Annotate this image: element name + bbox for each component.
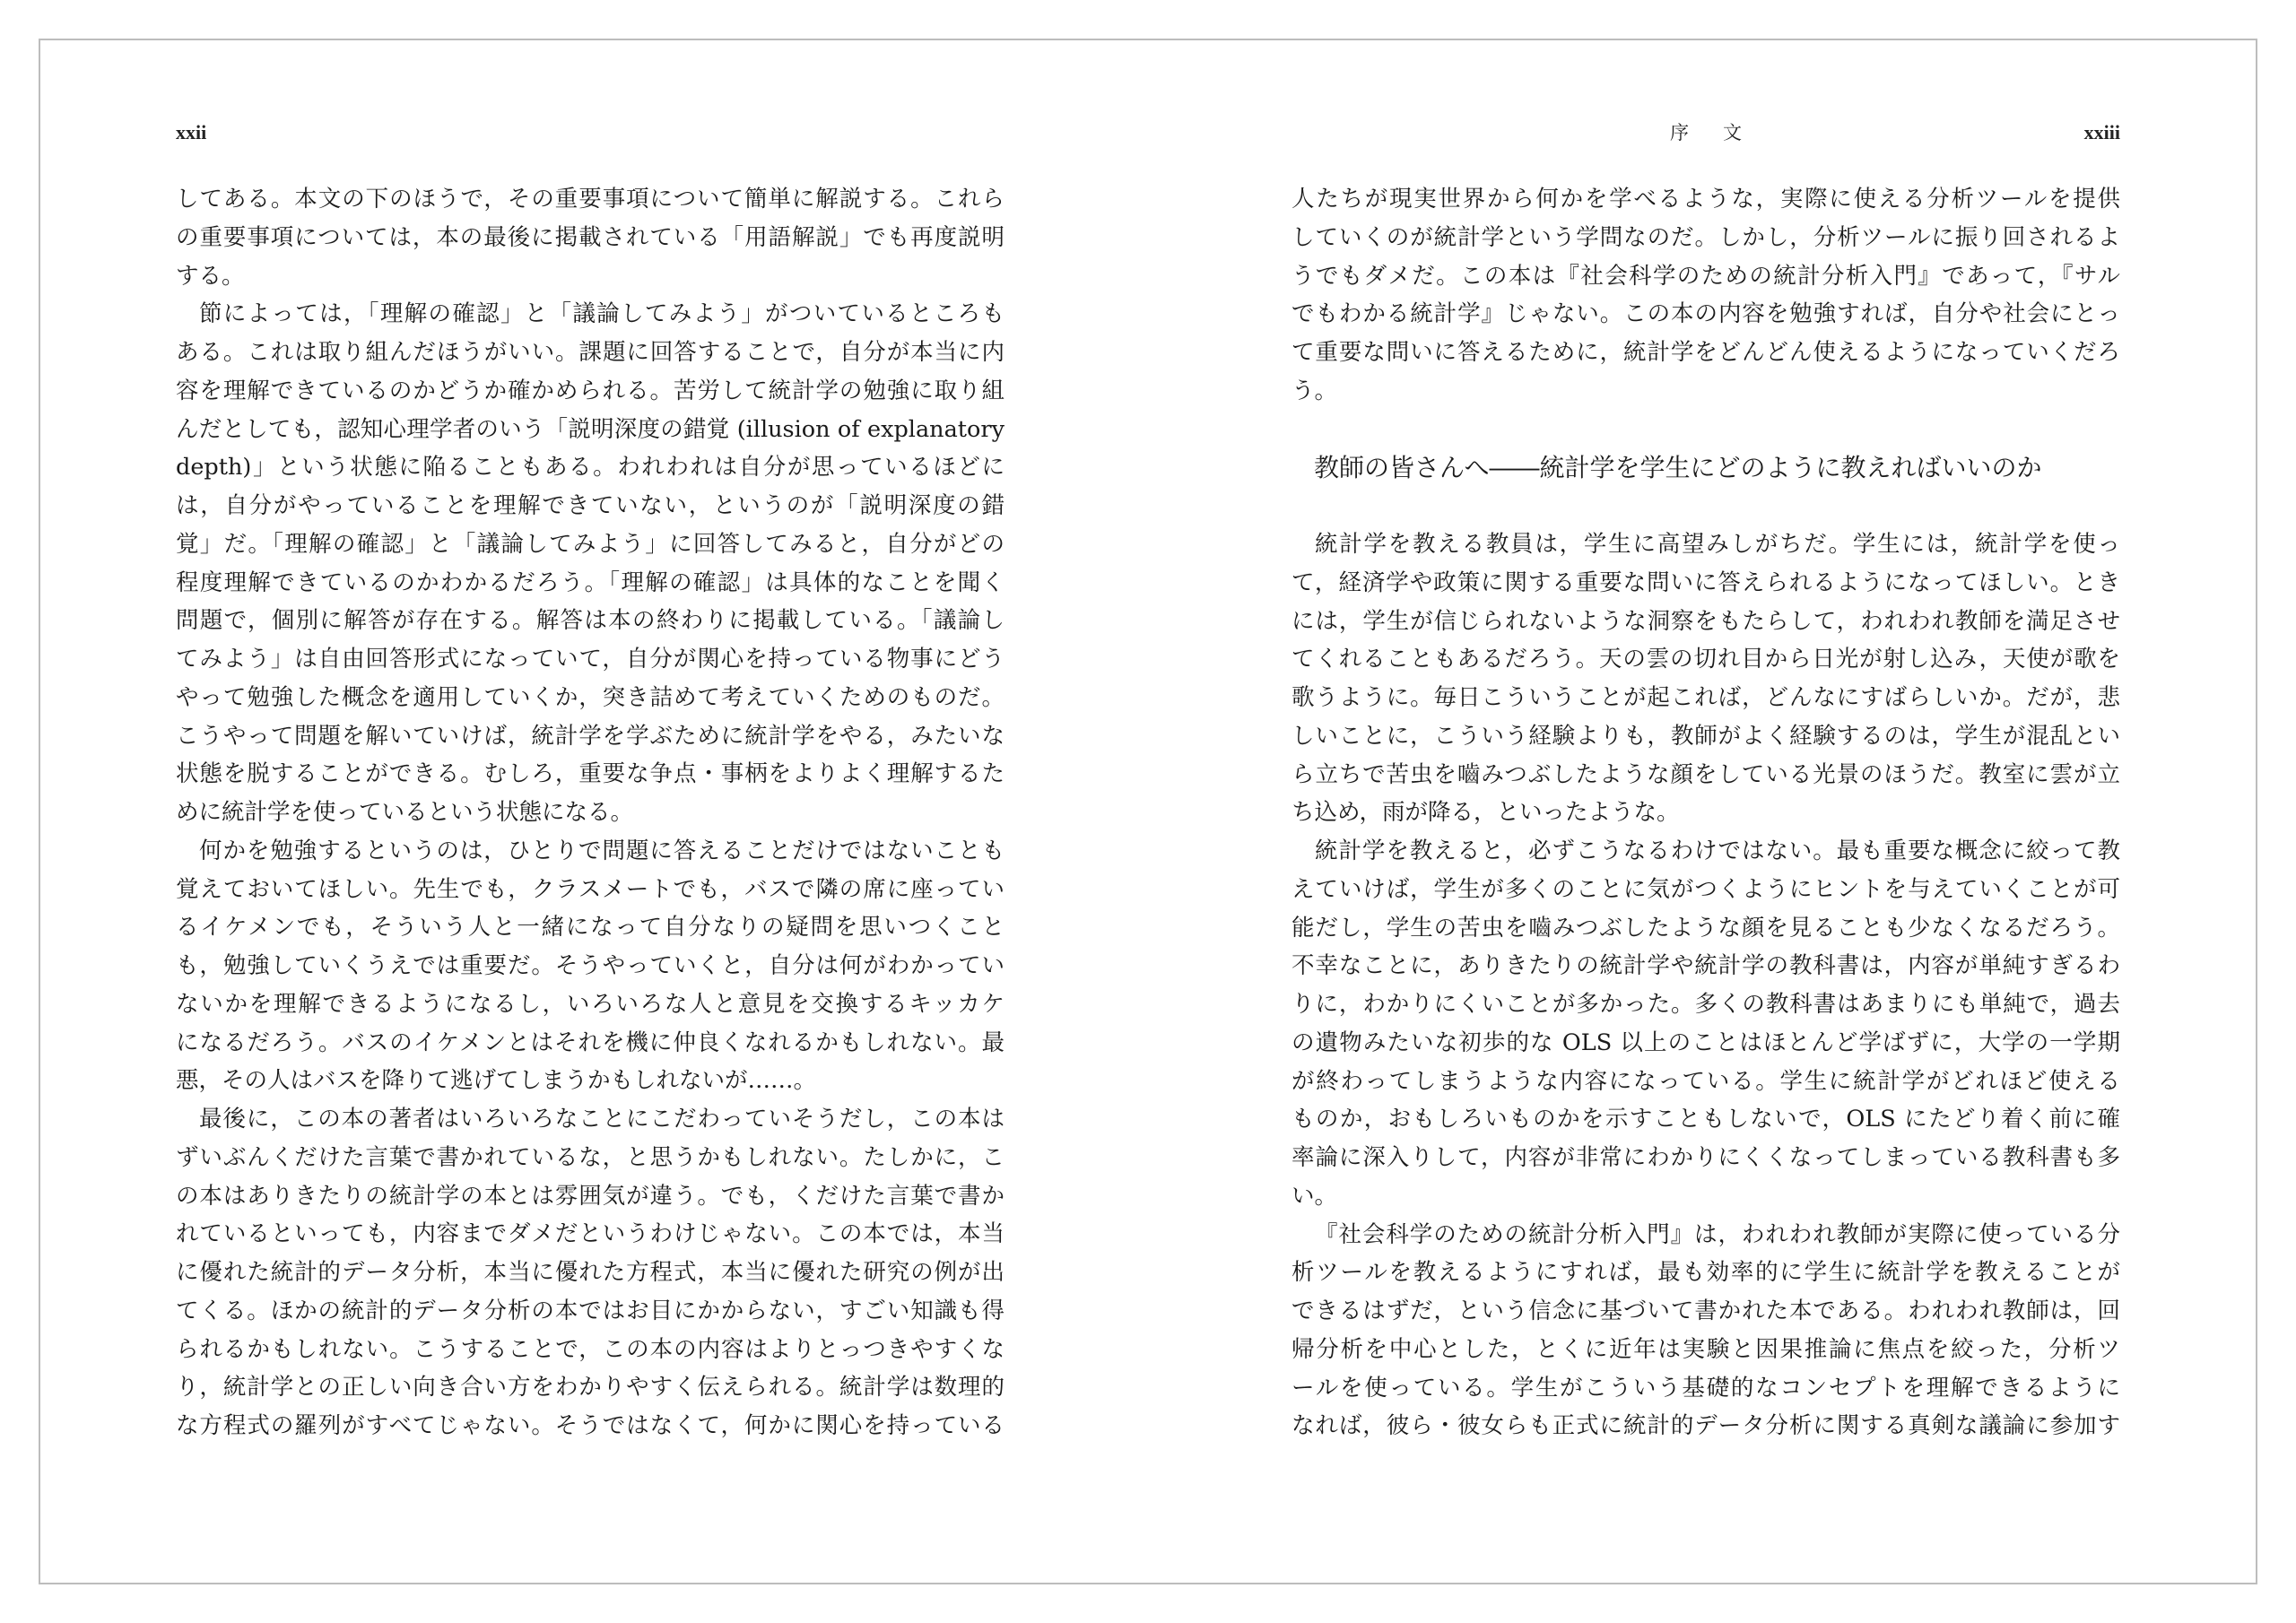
text-line: 覚」だ。「理解の確認」と「議論してみよう」に回答してみると，自分がどの (176, 525, 1004, 564)
text-line: ずいぶんくだけた言葉で書かれているな，と思うかもしれない。たしかに，こ (176, 1139, 1004, 1177)
text-line: の重要事項については，本の最後に掲載されている「用語解説」でも再度説明 (176, 219, 1004, 257)
text-line: 歌うように。毎日こういうことが起これば，どんなにすばらしいか。だが，悲 (1291, 679, 2120, 717)
text-line: てくる。ほかの統計的データ分析の本ではお目にかからない，すごい知識も得 (176, 1292, 1004, 1331)
text-line: になるだろう。バスのイケメンとはそれを機に仲良くなれるかもしれない。最 (176, 1024, 1004, 1063)
right-page-intro: 人たちが現実世界から何かを学べるような，実際に使える分析ツールを提供していくのが… (1291, 180, 2120, 411)
paragraph: 統計学を教える教員は，学生に高望みしがちだ。学生には，統計学を使って，経済学や政… (1291, 525, 2120, 832)
paragraph: 『社会科学のための統計分析入門』は，われわれ教師が実際に使っている分析ツールを教… (1291, 1216, 2120, 1446)
text-line: て，経済学や政策に関する重要な問いに答えられるようになってほしい。とき (1291, 564, 2120, 603)
text-line: ある。これは取り組んだほうがいい。課題に回答することで，自分が本当に内 (176, 334, 1004, 372)
page-number-right: xxiii (2084, 118, 2120, 147)
text-line: 統計学を教えると，必ずこうなるわけではない。最も重要な概念に絞って教 (1291, 832, 2120, 871)
text-line: 能だし，学生の苦虫を嚙みつぶしたような顔を見ることも少なくなるだろう。 (1291, 909, 2120, 948)
text-line: 節によっては，「理解の確認」と「議論してみよう」がついているところも (176, 295, 1004, 334)
text-line: てくれることもあるだろう。天の雲の切れ目から日光が射し込み，天使が歌を (1291, 640, 2120, 679)
text-line: 帰分析を中心とした，とくに近年は実験と因果推論に焦点を絞った，分析ツ (1291, 1331, 2120, 1369)
text-line: 問題で，個別に解答が存在する。解答は本の終わりに掲載している。「議論し (176, 602, 1004, 640)
text-line: ち込め，雨が降る，といったような。 (1291, 794, 2120, 832)
text-line: りに，わかりにくいことが多かった。多くの教科書はあまりにも単純で，過去 (1291, 985, 2120, 1024)
text-line: 何かを勉強するというのは，ひとりで問題に答えることだけではないことも (176, 832, 1004, 871)
right-running-head: 序文 xxiii (1291, 118, 2120, 147)
text-line: 率論に深入りして，内容が非常にわかりにくくなってしまっている教科書も多 (1291, 1139, 2120, 1177)
text-line: 程度理解できているのかわかるだろう。「理解の確認」は具体的なことを聞く (176, 564, 1004, 603)
text-line: えていけば，学生が多くのことに気がつくようにヒントを与えていくことが可 (1291, 871, 2120, 909)
text-line: でもわかる統計学』じゃない。この本の内容を勉強すれば，自分や社会にとっ (1291, 295, 2120, 334)
text-line: やって勉強した概念を適用していくか，突き詰めて考えていくためのものだ。 (176, 679, 1004, 717)
left-running-head: xxii (176, 118, 1004, 147)
text-line: こうやって問題を解いていけば，統計学を学ぶために統計学をやる，みたいな (176, 717, 1004, 756)
text-line: する。 (176, 257, 1004, 296)
text-line: しいことに，こういう経験よりも，教師がよく経験するのは，学生が混乱とい (1291, 717, 2120, 756)
text-line: めに統計学を使っているという状態になる。 (176, 794, 1004, 832)
text-line: んだとしても，認知心理学者のいう「説明深度の錯覚 (illusion of ex… (176, 411, 1004, 449)
paragraph: 何かを勉強するというのは，ひとりで問題に答えることだけではないことも覚えておいて… (176, 832, 1004, 1100)
paragraph: 統計学を教えると，必ずこうなるわけではない。最も重要な概念に絞って教えていけば，… (1291, 832, 2120, 1216)
text-line: 不幸なことに，ありきたりの統計学や統計学の教科書は，内容が単純すぎるわ (1291, 947, 2120, 985)
paragraph: してある。本文の下のほうで，その重要事項について簡単に解説する。これらの重要事項… (176, 180, 1004, 295)
text-line: なれば，彼ら・彼女らも正式に統計的データ分析に関する真剣な議論に参加す (1291, 1407, 2120, 1445)
section-heading: 教師の皆さんへ――統計学を学生にどのように教えればいいのか (1314, 448, 2041, 488)
text-line: の遺物みたいな初歩的な OLS 以上のことはほとんど学ばずに，大学の一学期 (1291, 1024, 2120, 1063)
text-line: れているといっても，内容までダメだというわけじゃない。この本では，本当 (176, 1215, 1004, 1254)
text-line: に優れた統計的データ分析，本当に優れた方程式，本当に優れた研究の例が出 (176, 1254, 1004, 1292)
text-line: ールを使っている。学生がこういう基礎的なコンセプトを理解できるように (1291, 1369, 2120, 1408)
text-line: していくのが統計学という学問なのだ。しかし，分析ツールに振り回されるよ (1291, 219, 2120, 257)
text-line: は，自分がやっていることを理解できていない，というのが「説明深度の錯 (176, 487, 1004, 525)
text-line: 人たちが現実世界から何かを学べるような，実際に使える分析ツールを提供 (1291, 180, 2120, 219)
left-page-body: してある。本文の下のほうで，その重要事項について簡単に解説する。これらの重要事項… (176, 180, 1004, 1445)
text-line: 最後に，この本の著者はいろいろなことにこだわっていそうだし，この本は (176, 1100, 1004, 1139)
text-line: してある。本文の下のほうで，その重要事項について簡単に解説する。これら (176, 180, 1004, 219)
text-line: 『社会科学のための統計分析入門』は，われわれ教師が実際に使っている分 (1291, 1216, 2120, 1254)
right-page-body: 統計学を教える教員は，学生に高望みしがちだ。学生には，統計学を使って，経済学や政… (1291, 525, 2120, 1445)
text-line: 状態を脱することができる。むしろ，重要な争点・事柄をよりよく理解するた (176, 755, 1004, 794)
text-line: 析ツールを教えるようにすれば，最も効率的に学生に統計学を教えることが (1291, 1254, 2120, 1292)
text-line: うでもダメだ。この本は『社会科学のための統計分析入門』であって，『サル (1291, 257, 2120, 296)
text-line: 統計学を教える教員は，学生に高望みしがちだ。学生には，統計学を使っ (1291, 525, 2120, 564)
text-line: てみよう」は自由回答形式になっていて，自分が関心を持っている物事にどう (176, 640, 1004, 679)
page-number-left: xxii (176, 118, 206, 147)
text-line: 覚えておいてほしい。先生でも，クラスメートでも，バスで隣の席に座ってい (176, 871, 1004, 909)
text-line: の本はありきたりの統計学の本とは雰囲気が違う。でも，くだけた言葉で書か (176, 1177, 1004, 1216)
text-line: 容を理解できているのかどうか確かめられる。苦労して統計学の勉強に取り組 (176, 372, 1004, 411)
text-line: い。 (1291, 1177, 2120, 1216)
text-line: depth)」という状態に陥ることもある。われわれは自分が思っているほどに (176, 448, 1004, 487)
paragraph: 節によっては，「理解の確認」と「議論してみよう」がついているところもある。これは… (176, 295, 1004, 832)
text-line: 悪，その人はバスを降りて逃げてしまうかもしれないが……。 (176, 1062, 1004, 1100)
text-line: う。 (1291, 372, 2120, 411)
text-line: には，学生が信じられないような洞察をもたらして，われわれ教師を満足させ (1291, 603, 2120, 641)
running-title: 序文 (1291, 118, 2120, 147)
text-line: り，統計学との正しい向き合い方をわかりやすく伝えられる。統計学は数理的 (176, 1368, 1004, 1407)
text-line: られるかもしれない。こうすることで，この本の内容はよりとっつきやすくな (176, 1331, 1004, 1369)
text-line: が終わってしまうような内容になっている。学生に統計学がどれほど使える (1291, 1063, 2120, 1101)
paragraph: 人たちが現実世界から何かを学べるような，実際に使える分析ツールを提供していくのが… (1291, 180, 2120, 411)
text-line: て重要な問いに答えるために，統計学をどんどん使えるようになっていくだろ (1291, 334, 2120, 372)
text-line: ないかを理解できるようになるし，いろいろな人と意見を交換するキッカケ (176, 985, 1004, 1024)
text-line: できるはずだ，という信念に基づいて書かれた本である。われわれ教師は，回 (1291, 1292, 2120, 1331)
text-line: な方程式の羅列がすべてじゃない。そうではなくて，何かに関心を持っている (176, 1407, 1004, 1445)
paragraph: 最後に，この本の著者はいろいろなことにこだわっていそうだし，この本はずいぶんくだ… (176, 1100, 1004, 1445)
text-line: も，勉強していくうえでは重要だ。そうやっていくと，自分は何がわかってい (176, 947, 1004, 985)
text-line: ものか，おもしろいものかを示すこともしないで，OLS にたどり着く前に確 (1291, 1100, 2120, 1139)
text-line: ら立ちで苦虫を嚙みつぶしたような顔をしている光景のほうだ。教室に雲が立 (1291, 756, 2120, 794)
text-line: るイケメンでも，そういう人と一緒になって自分なりの疑問を思いつくこと (176, 908, 1004, 947)
